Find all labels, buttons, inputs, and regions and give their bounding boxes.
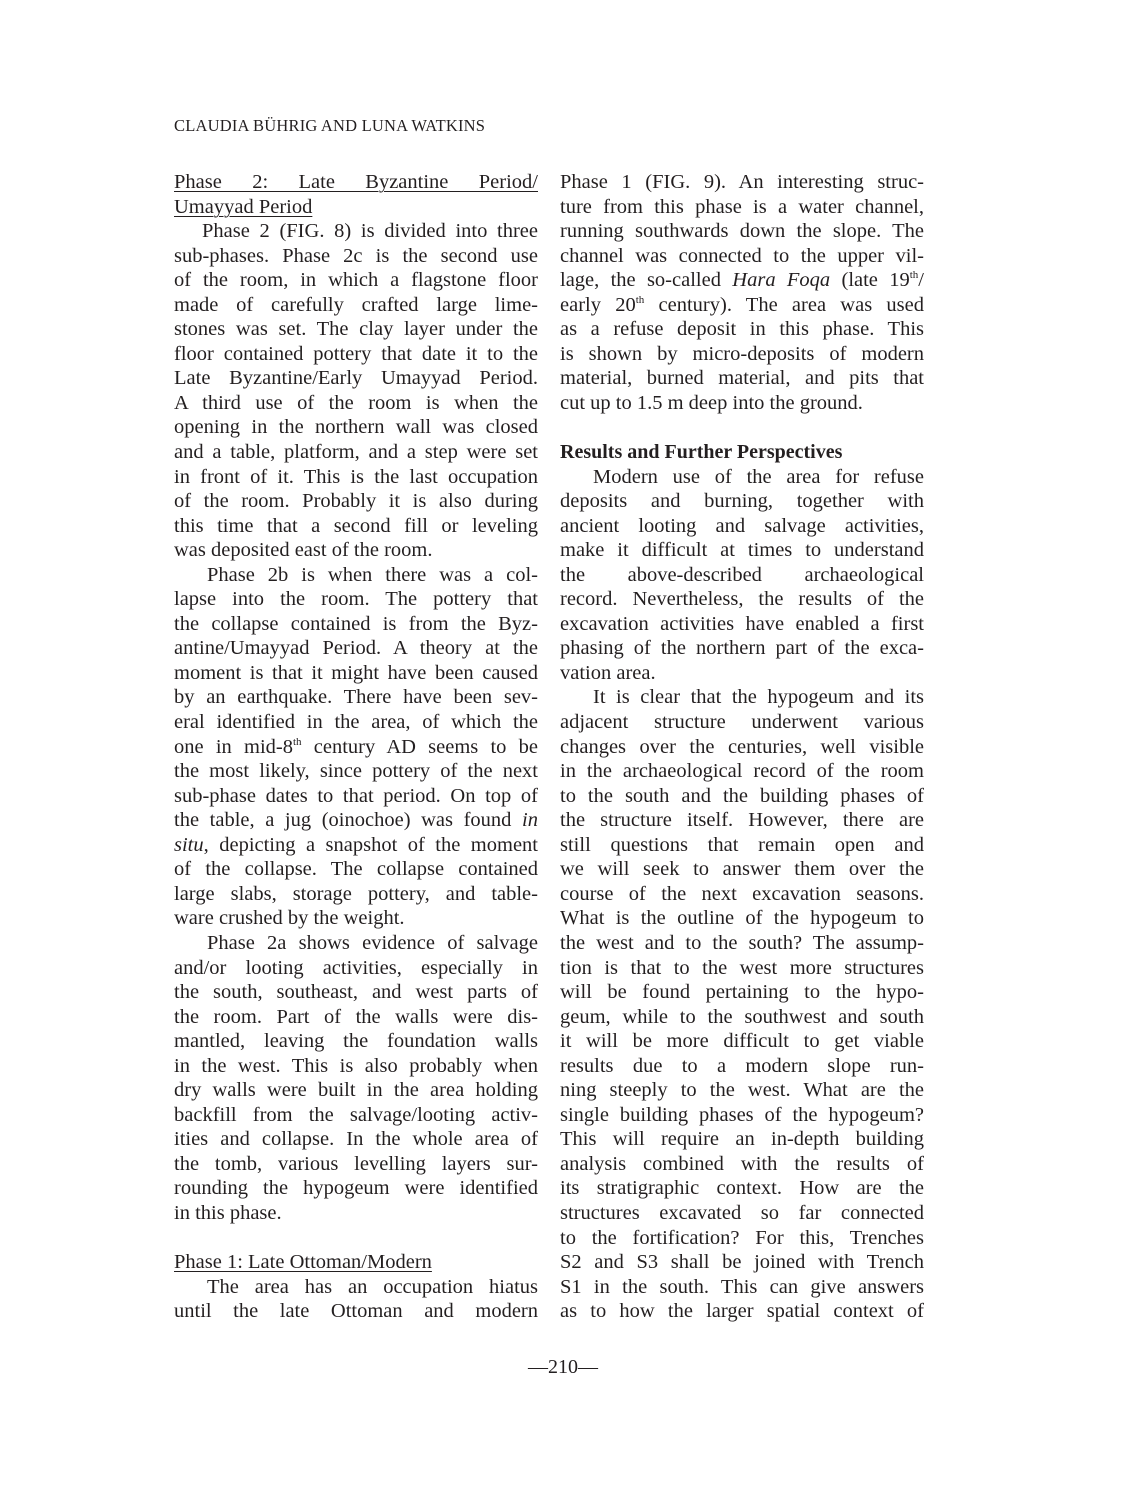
superscript: th xyxy=(636,294,645,306)
paragraph-line: and/or looting activities, especially in xyxy=(174,956,538,981)
paragraph-line: results due to a modern slope run- xyxy=(560,1054,924,1079)
paragraph-line: material, burned material, and pits that xyxy=(560,366,924,391)
paragraph-line: adjacent structure underwent various xyxy=(560,710,924,735)
page-number: —210— xyxy=(0,1356,1126,1379)
paragraph-line: single building phases of the hypogeum? xyxy=(560,1103,924,1128)
paragraph-line: stones was set. The clay layer under the xyxy=(174,317,538,342)
paragraph-line: Phase 1 (FIG. 9). An interesting struc- xyxy=(560,170,924,195)
paragraph-line: early 20th century). The area was used xyxy=(560,293,924,318)
spacer xyxy=(560,415,924,440)
paragraph-line: was deposited east of the room. xyxy=(174,538,538,563)
section-heading-phase-2-line2: Umayyad Period xyxy=(174,196,312,218)
paragraph-line: Modern use of the area for refuse xyxy=(560,465,924,490)
right-column: Phase 1 (FIG. 9). An interesting struc- … xyxy=(560,170,924,1324)
text-run: early 20 xyxy=(560,294,636,316)
paragraph-line: mantled, leaving the foundation walls xyxy=(174,1029,538,1054)
paragraph-line: moment is that it might have been caused xyxy=(174,661,538,686)
superscript: th xyxy=(293,736,302,748)
paragraph-line: the tomb, various levelling layers sur- xyxy=(174,1152,538,1177)
paragraph-line: The area has an occupation hiatus xyxy=(174,1275,538,1300)
paragraph-line: the structure itself. However, there are xyxy=(560,808,924,833)
paragraph-line: of the collapse. The collapse contained xyxy=(174,857,538,882)
paragraph-line: ities and collapse. In the whole area of xyxy=(174,1127,538,1152)
paragraph-line: eral identified in the area, of which th… xyxy=(174,710,538,735)
italic-term: in xyxy=(522,809,538,831)
paragraph-line: lapse into the room. The pottery that xyxy=(174,587,538,612)
paragraph-line: the table, a jug (oinochoe) was found in xyxy=(174,808,538,833)
text-run: the table, a jug (oinochoe) was found xyxy=(174,809,522,831)
paragraph-line: one in mid-8th century AD seems to be xyxy=(174,735,538,760)
paragraph-line: it will be more difficult to get viable xyxy=(560,1029,924,1054)
paragraph-line: to the fortification? For this, Trenches xyxy=(560,1226,924,1251)
paragraph-line: geum, while to the southwest and south xyxy=(560,1005,924,1030)
paragraph-line: floor contained pottery that date it to … xyxy=(174,342,538,367)
text-run: century AD seems to be xyxy=(302,736,538,758)
spacer xyxy=(174,1226,538,1251)
paragraph-line: sub-phases. Phase 2c is the second use xyxy=(174,244,538,269)
paragraph-line: analysis combined with the results of xyxy=(560,1152,924,1177)
paragraph-line: opening in the northern wall was closed xyxy=(174,415,538,440)
paragraph-line: and a table, platform, and a step were s… xyxy=(174,440,538,465)
text-run: century). The area was used xyxy=(644,294,924,316)
paragraph-line: excavation activities have enabled a fir… xyxy=(560,612,924,637)
paragraph-line: Phase 2a shows evidence of salvage xyxy=(174,931,538,956)
paragraph-line: the west and to the south? The assump- xyxy=(560,931,924,956)
running-head-authors: CLAUDIA BÜHRIG AND LUNA WATKINS xyxy=(174,116,485,136)
paragraph-line: of the room. Probably it is also during xyxy=(174,489,538,514)
paragraph-line: dry walls were built in the area holding xyxy=(174,1078,538,1103)
paragraph-line: course of the next excavation seasons. xyxy=(560,882,924,907)
section-heading-results: Results and Further Perspectives xyxy=(560,440,924,465)
paragraph-line: Phase 2b is when there was a col- xyxy=(174,563,538,588)
text-run: lage, the so-called xyxy=(560,269,732,291)
paragraph-line: Phase 2 (FIG. 8) is divided into three xyxy=(174,219,538,244)
paragraph-line: to the south and the building phases of xyxy=(560,784,924,809)
italic-place-name: Hara Foqa xyxy=(732,269,830,291)
paragraph-line: still questions that remain open and xyxy=(560,833,924,858)
paragraph-line: A third use of the room is when the xyxy=(174,391,538,416)
paragraph-line: make it difficult at times to understand xyxy=(560,538,924,563)
paragraph-line: its stratigraphic context. How are the xyxy=(560,1176,924,1201)
paragraph-line: lage, the so-called Hara Foqa (late 19th… xyxy=(560,268,924,293)
section-heading-phase-1: Phase 1: Late Ottoman/Modern xyxy=(174,1251,432,1273)
paragraph-line: deposits and burning, together with xyxy=(560,489,924,514)
paragraph-line: this time that a second fill or leveling xyxy=(174,514,538,539)
superscript: th xyxy=(910,269,919,281)
paragraph-line: S2 and S3 shall be joined with Trench xyxy=(560,1250,924,1275)
text-run: / xyxy=(918,269,924,291)
paragraph-line: running southwards down the slope. The xyxy=(560,219,924,244)
paragraph-line: the most likely, since pottery of the ne… xyxy=(174,759,538,784)
paragraph-line: we will seek to answer them over the xyxy=(560,857,924,882)
paragraph-line: S1 in the south. This can give answers xyxy=(560,1275,924,1300)
paragraph-line: cut up to 1.5 m deep into the ground. xyxy=(560,391,924,416)
text-run: (late 19 xyxy=(830,269,910,291)
paragraph-line: of the room, in which a flagstone floor xyxy=(174,268,538,293)
paragraph-line: until the late Ottoman and modern xyxy=(174,1299,538,1324)
paragraph-line: the above-described archaeological xyxy=(560,563,924,588)
paragraph-line: record. Nevertheless, the results of the xyxy=(560,587,924,612)
paragraph-line: will be found pertaining to the hypo- xyxy=(560,980,924,1005)
paragraph-line: changes over the centuries, well visible xyxy=(560,735,924,760)
paragraph-line: This will require an in-depth building xyxy=(560,1127,924,1152)
paragraph-line: made of carefully crafted large lime- xyxy=(174,293,538,318)
paragraph-line: antine/Umayyad Period. A theory at the xyxy=(174,636,538,661)
paragraph-line: large slabs, storage pottery, and table- xyxy=(174,882,538,907)
paragraph-line: the south, southeast, and west parts of xyxy=(174,980,538,1005)
paragraph-line: backfill from the salvage/looting activ- xyxy=(174,1103,538,1128)
paragraph-line: rounding the hypogeum were identified xyxy=(174,1176,538,1201)
paragraph-line: ning steeply to the west. What are the xyxy=(560,1078,924,1103)
paragraph-line: tion is that to the west more structures xyxy=(560,956,924,981)
paragraph-line: in the archaeological record of the room xyxy=(560,759,924,784)
paragraph-line: as to how the larger spatial context of xyxy=(560,1299,924,1324)
paragraph-line: Late Byzantine/Early Umayyad Period. xyxy=(174,366,538,391)
paragraph-line: It is clear that the hypogeum and its xyxy=(560,685,924,710)
section-heading-phase-1-wrap: Phase 1: Late Ottoman/Modern xyxy=(174,1250,538,1275)
paragraph-line: What is the outline of the hypogeum to xyxy=(560,906,924,931)
paragraph-line: is shown by micro-deposits of modern xyxy=(560,342,924,367)
paragraph-line: sub-phase dates to that period. On top o… xyxy=(174,784,538,809)
paragraph-line: channel was connected to the upper vil- xyxy=(560,244,924,269)
paragraph-line: ture from this phase is a water channel, xyxy=(560,195,924,220)
text-run: , depicting a snapshot of the moment xyxy=(204,834,538,856)
section-heading-phase-2: Phase 2: Late Byzantine Period/ xyxy=(174,170,538,195)
paragraph-line: in this phase. xyxy=(174,1201,538,1226)
italic-term: situ xyxy=(174,834,204,856)
paragraph-line: by an earthquake. There have been sev- xyxy=(174,685,538,710)
left-column: Phase 2: Late Byzantine Period/ Umayyad … xyxy=(174,170,538,1324)
paragraph-line: the room. Part of the walls were dis- xyxy=(174,1005,538,1030)
paragraph-line: ware crushed by the weight. xyxy=(174,906,538,931)
text-run: one in mid-8 xyxy=(174,736,293,758)
paragraph-line: structures excavated so far connected xyxy=(560,1201,924,1226)
paragraph-line: in front of it. This is the last occupat… xyxy=(174,465,538,490)
paragraph-line: vation area. xyxy=(560,661,924,686)
paragraph-line: situ, depicting a snapshot of the moment xyxy=(174,833,538,858)
paragraph-line: the collapse contained is from the Byz- xyxy=(174,612,538,637)
section-heading-phase-2-cont: Umayyad Period xyxy=(174,195,538,220)
paragraph-line: in the west. This is also probably when xyxy=(174,1054,538,1079)
paragraph-line: ancient looting and salvage activities, xyxy=(560,514,924,539)
paragraph-line: phasing of the northern part of the exca… xyxy=(560,636,924,661)
paragraph-line: as a refuse deposit in this phase. This xyxy=(560,317,924,342)
